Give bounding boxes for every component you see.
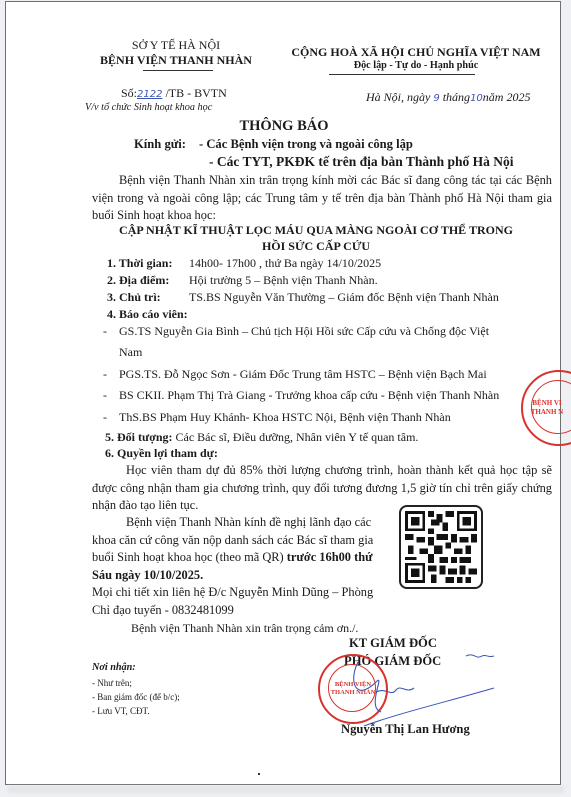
page-mark <box>258 773 260 775</box>
number-handwritten: 2122 <box>137 89 162 100</box>
date-month: 10 <box>470 93 483 104</box>
detail-label-chair: 3. Chủ trì: <box>107 290 161 305</box>
handwritten-signature <box>346 652 496 732</box>
detail-label-location: 2. Địa điểm: <box>107 273 169 288</box>
notice-title: THÔNG BÁO <box>6 118 562 135</box>
benefits-paragraph: Học viên tham dự đủ 85% thời lượng chươn… <box>92 462 552 515</box>
partial-stamp: BỆNH VI THANH N <box>521 370 571 446</box>
audience-label: 5. Đối tượng: <box>105 430 173 444</box>
header-right-rule <box>329 74 475 75</box>
speaker-bullet: - <box>103 410 107 425</box>
document-number: Số:2122 /TB - BVTN <box>121 86 227 101</box>
speaker-item: PGS.TS. Đỗ Ngọc Sơn - Giám Đốc Trung tâm… <box>119 367 487 382</box>
number-suffix: /TB - BVTN <box>165 86 226 100</box>
signer-name: Nguyễn Thị Lan Hương <box>341 722 470 737</box>
footer-recipients-label: Nơi nhận: <box>92 662 136 673</box>
qr-code-icon <box>405 511 477 583</box>
speaker-item: ThS.BS Phạm Huy Khánh- Khoa HSTC Nội, Bệ… <box>119 410 451 425</box>
detail-label-time: 1. Thời gian: <box>107 256 172 271</box>
nation-title: CỘNG HOÀ XÃ HỘI CHỦ NGHĨA VIỆT NAM <box>276 45 556 60</box>
footer-recipient-item: - Lưu VT, CĐT. <box>92 706 150 716</box>
topic-line1: CẬP NHẬT KĨ THUẬT LỌC MÁU QUA MÀNG NGOÀI… <box>86 223 546 238</box>
speaker-item-cont: Nam <box>119 345 142 360</box>
department-name: SỞ Y TẾ HÀ NỘI <box>76 38 276 53</box>
contact-paragraph: Mọi chi tiết xin liên hệ Đ/c Nguyễn Minh… <box>92 584 392 619</box>
date-year: năm 2025 <box>483 90 531 104</box>
issue-date: Hà Nội, ngày 9 tháng10năm 2025 <box>366 90 530 105</box>
speaker-bullet: - <box>103 324 107 339</box>
detail-value-time: 14h00- 17h00 , thứ Ba ngày 14/10/2025 <box>189 256 381 271</box>
intro-paragraph: Bệnh viện Thanh Nhàn xin trân trọng kính… <box>92 172 552 225</box>
speaker-item: BS CKII. Phạm Thị Trà Giang - Trưởng kho… <box>119 388 499 403</box>
signature-title1: KT GIÁM ĐỐC <box>349 636 437 651</box>
topic-line2: HỒI SỨC CẤP CỨU <box>86 239 546 254</box>
number-prefix: Số: <box>121 86 137 100</box>
audience: 5. Đối tượng: Các Bác sĩ, Điều dưỡng, Nh… <box>105 430 418 445</box>
date-month-label: tháng <box>440 90 470 104</box>
detail-value-chair: TS.BS Nguyễn Văn Thường – Giám đốc Bệnh … <box>189 290 499 305</box>
detail-label-speakers: 4. Báo cáo viên: <box>107 307 188 322</box>
recipient-item: - Các TYT, PKĐK tế trên địa bàn Thành ph… <box>209 154 514 170</box>
thanks-line: Bệnh viện Thanh Nhàn xin trân trọng cảm … <box>131 621 358 636</box>
benefits-label: 6. Quyền lợi tham dự: <box>105 446 218 461</box>
document-subject: V/v tổ chức Sinh hoạt khoa học <box>85 102 212 113</box>
date-prefix: Hà Nội, ngày <box>366 90 433 104</box>
footer-recipient-item: - Ban giám đốc (để b/c); <box>92 692 180 702</box>
footer-recipient-item: - Như trên; <box>92 678 132 688</box>
header-left-rule <box>143 70 213 71</box>
speaker-item: GS.TS Nguyễn Gia Bình – Chủ tịch Hội Hồi… <box>119 324 489 339</box>
speaker-bullet: - <box>103 367 107 382</box>
recipient-item: - Các Bệnh viện trong và ngoài công lập <box>199 137 413 152</box>
registration-qr-code[interactable] <box>399 505 483 589</box>
audience-value: Các Bác sĩ, Điều dưỡng, Nhân viên Y tế q… <box>173 430 419 444</box>
page-shadow <box>8 786 564 793</box>
request-paragraph: Bệnh viện Thanh Nhàn kính đề nghị lãnh đ… <box>92 514 392 584</box>
detail-value-location: Hội trường 5 – Bệnh viện Thanh Nhàn. <box>189 273 378 288</box>
hospital-name: BỆNH VIỆN THANH NHÀN <box>76 53 276 68</box>
speaker-bullet: - <box>103 388 107 403</box>
nation-motto: Độc lập - Tự do - Hạnh phúc <box>276 60 556 71</box>
recipients-label: Kính gửi: <box>134 137 186 152</box>
document-page: SỞ Y TẾ HÀ NỘI BỆNH VIỆN THANH NHÀN Số:2… <box>5 1 561 785</box>
